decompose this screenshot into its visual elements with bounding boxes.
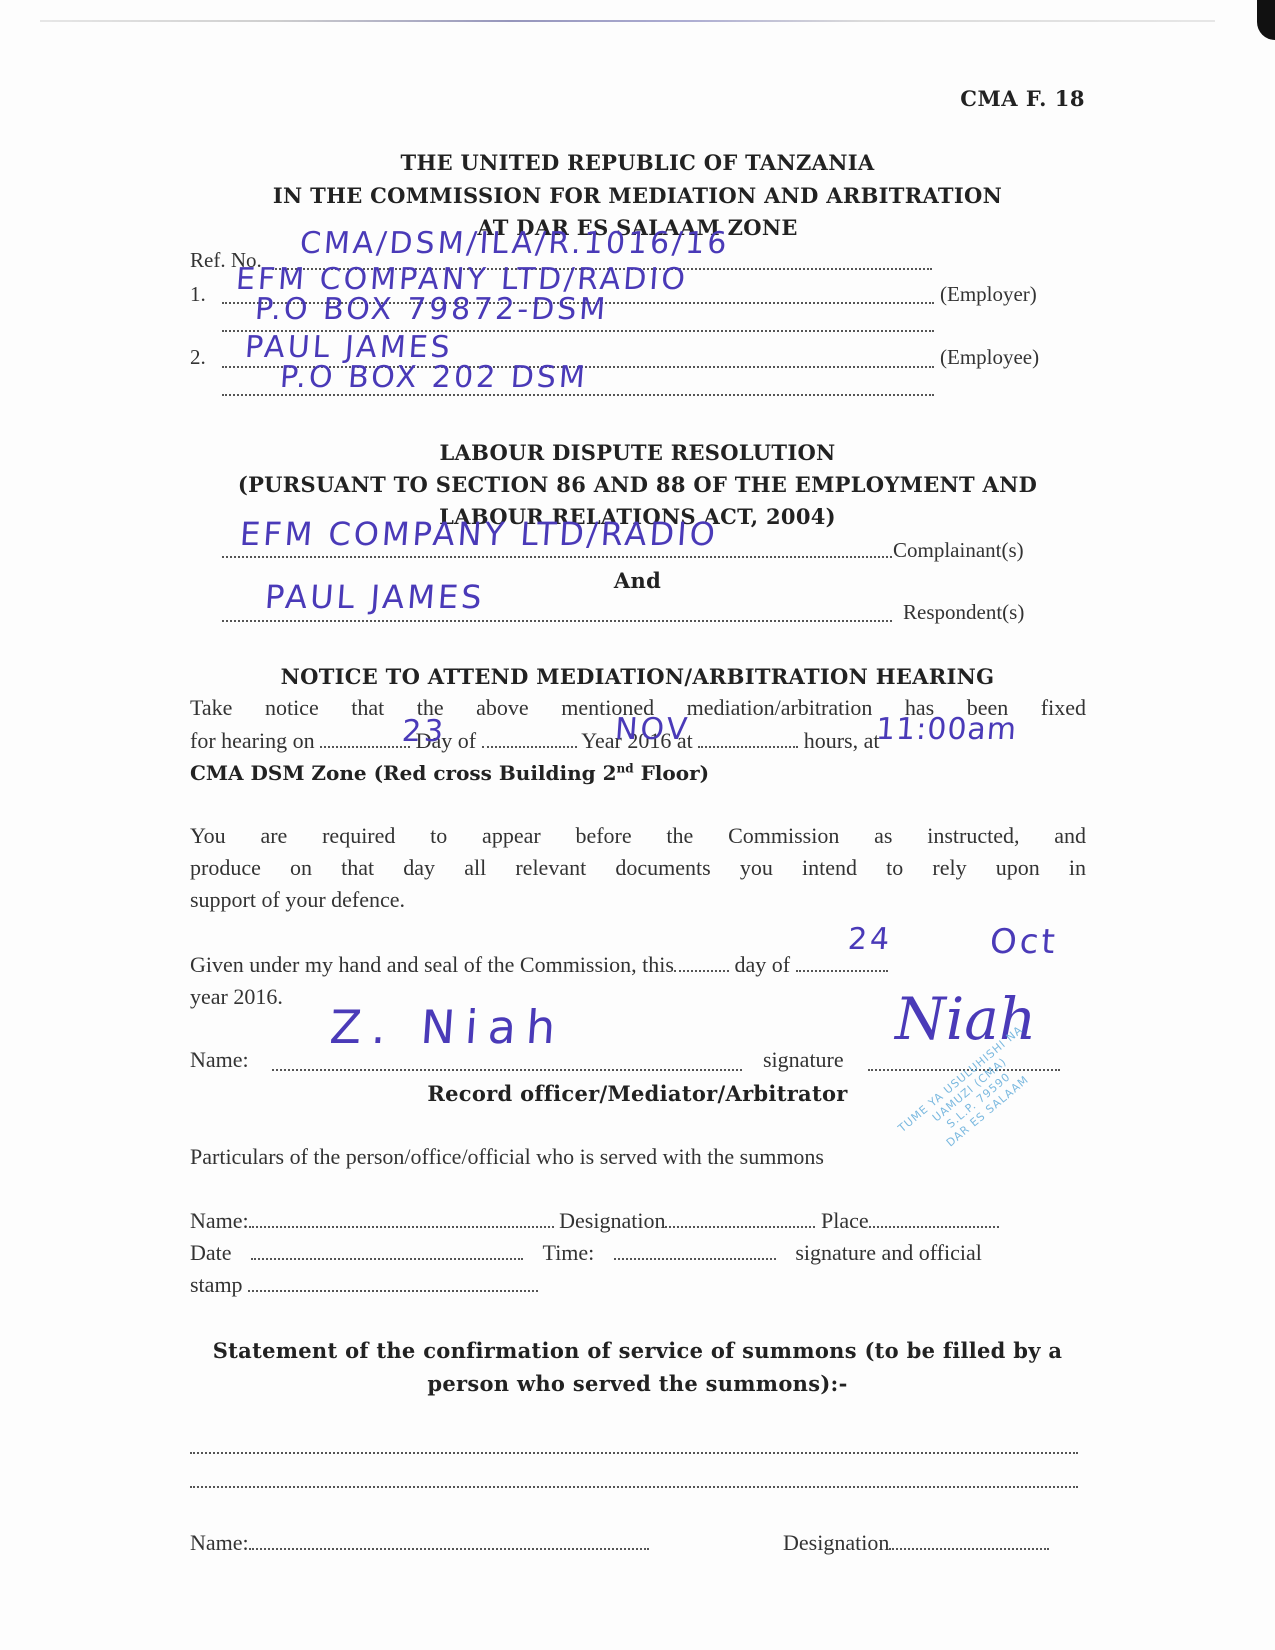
- statement-name-row: Name:: [190, 1530, 649, 1556]
- requirement-line-2: produce on that day all relevant documen…: [190, 855, 1086, 881]
- requirement-line-3: support of your defence.: [190, 887, 405, 913]
- officer-name-label: Name:: [190, 1047, 249, 1073]
- served-name-field[interactable]: [249, 1226, 554, 1228]
- officer-name-line[interactable]: [272, 1069, 742, 1071]
- served-designation-label: Designation: [559, 1208, 665, 1233]
- given-text: Given under my hand and seal of the Comm…: [190, 952, 674, 977]
- hearing-venue: CMA DSM Zone (Red cross Building 2nd Flo…: [190, 761, 709, 785]
- served-date-label: Date: [190, 1240, 232, 1265]
- officer-signature-label: signature: [763, 1047, 844, 1073]
- served-stamp-field[interactable]: [248, 1290, 538, 1292]
- party-2-address-line[interactable]: [222, 394, 934, 396]
- statement-title-2: person who served the summons):-: [0, 1371, 1275, 1396]
- given-day-of: day of: [734, 952, 790, 977]
- served-designation-field[interactable]: [665, 1226, 815, 1228]
- officer-name-value: Z. Niah: [328, 1000, 567, 1054]
- served-time-label: Time:: [543, 1240, 595, 1265]
- notice-title: NOTICE TO ATTEND MEDIATION/ARBITRATION H…: [0, 664, 1275, 689]
- statement-line-1[interactable]: [190, 1452, 1078, 1454]
- and-label: And: [0, 568, 1275, 593]
- statement-designation-label: Designation: [783, 1530, 889, 1555]
- served-place-field[interactable]: [869, 1226, 999, 1228]
- served-stamp-label: stamp: [190, 1272, 243, 1297]
- hearing-month-value: NOV: [614, 712, 692, 747]
- ref-value: CMA/DSM/ILA/R.1016/16: [299, 226, 731, 261]
- dispute-pursuant-1: (PURSUANT TO SECTION 86 AND 88 OF THE EM…: [0, 472, 1275, 497]
- given-month-field[interactable]: [796, 970, 888, 972]
- statement-title-1: Statement of the confirmation of service…: [0, 1338, 1275, 1363]
- served-sig-stamp-label: signature and official: [795, 1240, 982, 1265]
- served-date-field[interactable]: [251, 1258, 523, 1260]
- statement-name-label: Name:: [190, 1530, 249, 1555]
- complainant-label: Complainant(s): [893, 538, 1024, 563]
- requirement-line-1: You are required to appear before the Co…: [190, 823, 1086, 849]
- hearing-time-field[interactable]: [698, 746, 798, 748]
- hearing-day-value: 23: [401, 714, 448, 749]
- party-1-address: P.O BOX 79872-DSM: [254, 292, 610, 327]
- complainant-value: EFM COMPANY LTD/RADIO: [239, 515, 719, 553]
- served-row-2: Date Time: signature and official: [190, 1240, 1086, 1266]
- given-month-value: Oct: [989, 922, 1060, 962]
- venue-sup: nd: [617, 761, 634, 775]
- respondent-label: Respondent(s): [903, 600, 1024, 625]
- served-name-label: Name:: [190, 1208, 249, 1233]
- respondent-line[interactable]: [222, 620, 892, 622]
- given-year: year 2016.: [190, 984, 283, 1010]
- for-hearing-on-label: for hearing on: [190, 728, 315, 753]
- venue-end: Floor): [634, 761, 709, 785]
- statement-designation-row: Designation: [783, 1530, 1049, 1556]
- dispute-title: LABOUR DISPUTE RESOLUTION: [0, 440, 1275, 465]
- venue-text: CMA DSM Zone (Red cross Building 2: [190, 761, 617, 785]
- served-row-3: stamp: [190, 1272, 538, 1298]
- header-line-2: IN THE COMMISSION FOR MEDIATION AND ARBI…: [0, 183, 1275, 208]
- respondent-value: PAUL JAMES: [264, 578, 486, 616]
- statement-designation-field[interactable]: [889, 1548, 1049, 1550]
- scan-edge-line: [40, 20, 1215, 22]
- statement-name-field[interactable]: [249, 1548, 649, 1550]
- served-row-1: Name: Designation Place: [190, 1208, 1086, 1234]
- form-number: CMA F. 18: [960, 86, 1085, 111]
- party-1-role: (Employer): [940, 282, 1037, 307]
- served-time-field[interactable]: [614, 1258, 776, 1260]
- given-day-field[interactable]: [674, 970, 729, 972]
- hours-at-label: hours, at: [804, 728, 880, 753]
- scan-corner: [1257, 0, 1275, 1650]
- party-1-number: 1.: [190, 282, 206, 307]
- hearing-month-field[interactable]: [482, 746, 577, 748]
- served-particulars: Particulars of the person/office/officia…: [190, 1144, 824, 1170]
- served-place-label: Place: [821, 1208, 869, 1233]
- given-day-value: 24: [847, 922, 894, 957]
- header-line-1: THE UNITED REPUBLIC OF TANZANIA: [0, 150, 1275, 175]
- given-line: Given under my hand and seal of the Comm…: [190, 952, 1086, 978]
- party-2-number: 2.: [190, 345, 206, 370]
- party-2-address: P.O BOX 202 DSM: [279, 360, 589, 395]
- party-2-role: (Employee): [940, 345, 1039, 370]
- statement-line-2[interactable]: [190, 1486, 1078, 1488]
- hearing-day-field[interactable]: [320, 746, 410, 748]
- complainant-line[interactable]: [222, 556, 892, 558]
- hearing-time-value: 11:00am: [875, 712, 1019, 747]
